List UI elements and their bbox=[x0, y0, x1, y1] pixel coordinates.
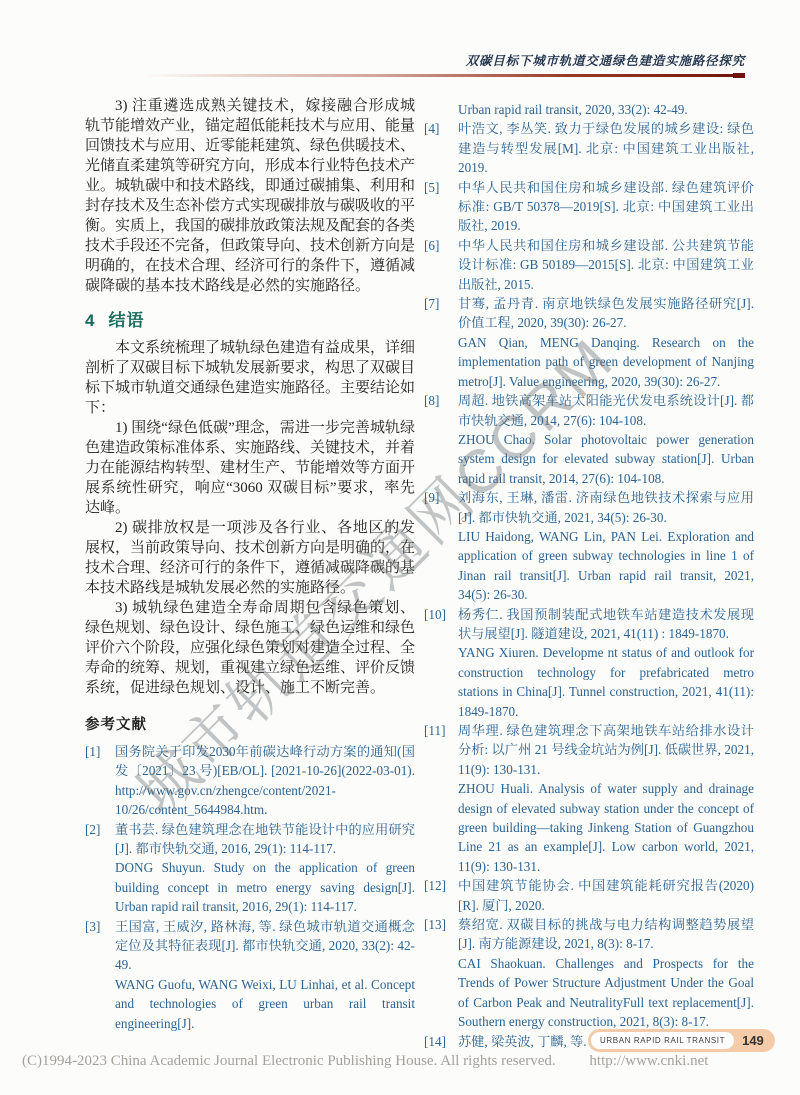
reference-text-zh: 蔡绍宽. 双碳目标的挑战与电力结构调整趋势展望[J]. 南方能源建设, 2021… bbox=[458, 915, 754, 954]
reference-text-en: WANG Guofu, WANG Weixi, LU Linhai, et al… bbox=[115, 975, 415, 1033]
reference-number: [14] bbox=[424, 1032, 446, 1051]
section-number: 4 bbox=[85, 311, 94, 330]
reference-text-en: GAN Qian, MENG Danqing. Research on the … bbox=[458, 333, 754, 391]
reference-text-zh: 周华理. 绿色建筑理念下高架地铁车站给排水设计分析: 以广州 21 号线金坑站为… bbox=[458, 721, 754, 779]
reference-text-en: ZHOU Huali. Analysis of water supply and… bbox=[458, 779, 754, 876]
reference-item: [10] 杨秀仁. 我国预制装配式地铁车站建造技术发展现状与展望[J]. 隧道建… bbox=[424, 605, 754, 721]
footer-copyright: (C)1994-2023 China Academic Journal Elec… bbox=[22, 1053, 708, 1070]
reference-number: [2] bbox=[85, 820, 100, 839]
reference-list-right: Urban rapid rail transit, 2020, 33(2): 4… bbox=[424, 100, 754, 1051]
badge-page-number: 149 bbox=[742, 1033, 764, 1048]
left-column: 3) 注重遴选成熟关键技术，嫁接融合形成城轨节能增效产业，锚定超低能耗技术与应用… bbox=[85, 96, 415, 1033]
reference-item: [6] 中华人民共和国住房和城乡建设部. 公共建筑节能设计标准: GB 5018… bbox=[424, 236, 754, 294]
reference-text-zh: 刘海东, 王琳, 潘雷. 济南绿色地铁技术探索与应用[J]. 都市快轨交通, 2… bbox=[458, 488, 754, 527]
right-column: Urban rapid rail transit, 2020, 33(2): 4… bbox=[424, 100, 754, 1051]
footer-url: http://www.cnki.net bbox=[589, 1053, 708, 1069]
reference-list-left: [1] 国务院关于印发2030年前碳达峰行动方案的通知(国发〔2021〕23 号… bbox=[85, 742, 415, 1033]
header-running-title: 双碳目标下城市轨道交通绿色建造实施路径探究 bbox=[466, 51, 745, 69]
reference-text-zh: 甘骞, 孟丹青. 南京地铁绿色发展实施路径研究[J]. 价值工程, 2020, … bbox=[458, 294, 754, 333]
reference-number: [3] bbox=[85, 917, 100, 936]
reference-text-zh: 中华人民共和国住房和城乡建设部. 绿色建筑评价标准: GB/T 50378—20… bbox=[458, 178, 754, 236]
reference-item: [3] 王国富, 王威汐, 路林海, 等. 绿色城市轨道交通概念定位及其特征表现… bbox=[85, 917, 415, 1033]
reference-item: [13] 蔡绍宽. 双碳目标的挑战与电力结构调整趋势展望[J]. 南方能源建设,… bbox=[424, 915, 754, 1031]
section-heading: 4结语 bbox=[85, 306, 415, 331]
reference-number: [9] bbox=[424, 488, 439, 507]
reference-item: [2] 董书芸. 绿色建筑理念在地铁节能设计中的应用研究[J]. 都市快轨交通,… bbox=[85, 820, 415, 917]
conclusion-paragraph: 本文系统梳理了城轨绿色建造有益成果，详细剖析了双碳目标下城轨发展新要求，构思了双… bbox=[85, 338, 415, 418]
reference-number: [6] bbox=[424, 236, 439, 255]
reference-item: [7] 甘骞, 孟丹青. 南京地铁绿色发展实施路径研究[J]. 价值工程, 20… bbox=[424, 294, 754, 391]
reference-text-zh: 中华人民共和国住房和城乡建设部. 公共建筑节能设计标准: GB 50189—20… bbox=[458, 236, 754, 294]
reference-text-zh: 周超. 地铁高架车站太阳能光伏发电系统设计[J]. 都市快轨交通, 2014, … bbox=[458, 391, 754, 430]
section-title: 结语 bbox=[108, 311, 144, 330]
reference-text-zh: 国务院关于印发2030年前碳达峰行动方案的通知(国发〔2021〕23 号)[EB… bbox=[115, 742, 415, 820]
reference-item: Urban rapid rail transit, 2020, 33(2): 4… bbox=[424, 100, 754, 119]
reference-item: [1] 国务院关于印发2030年前碳达峰行动方案的通知(国发〔2021〕23 号… bbox=[85, 742, 415, 820]
conclusion-paragraph: 2) 碳排放权是一项涉及各行业、各地区的发展权，当前政策导向、技术创新方向是明确… bbox=[85, 518, 415, 598]
reference-text-en: LIU Haidong, WANG Lin, PAN Lei. Explorat… bbox=[458, 527, 754, 605]
reference-number: [7] bbox=[424, 294, 439, 313]
reference-number: [1] bbox=[85, 742, 100, 761]
reference-text-en: ZHOU Chao. Solar photovoltaic power gene… bbox=[458, 430, 754, 488]
footer-copyright-text: (C)1994-2023 China Academic Journal Elec… bbox=[22, 1053, 556, 1069]
reference-number: [12] bbox=[424, 876, 446, 895]
badge-label: URBAN RAPID RAIL TRANSIT bbox=[591, 1032, 734, 1049]
body-paragraph: 3) 注重遴选成熟关键技术，嫁接融合形成城轨节能增效产业，锚定超低能耗技术与应用… bbox=[85, 96, 415, 296]
reference-text-zh: 董书芸. 绿色建筑理念在地铁节能设计中的应用研究[J]. 都市快轨交通, 201… bbox=[115, 820, 415, 859]
reference-number: [5] bbox=[424, 178, 439, 197]
reference-text-en: DONG Shuyun. Study on the application of… bbox=[115, 858, 415, 916]
reference-text-en: Urban rapid rail transit, 2020, 33(2): 4… bbox=[458, 100, 754, 119]
reference-text-zh: 杨秀仁. 我国预制装配式地铁车站建造技术发展现状与展望[J]. 隧道建设, 20… bbox=[458, 605, 754, 644]
references-heading: 参考文献 bbox=[85, 713, 415, 734]
reference-item: [11] 周华理. 绿色建筑理念下高架地铁车站给排水设计分析: 以广州 21 号… bbox=[424, 721, 754, 876]
reference-number: [10] bbox=[424, 605, 446, 624]
reference-number: [13] bbox=[424, 915, 446, 934]
header-rule bbox=[145, 74, 745, 77]
conclusion-paragraphs: 本文系统梳理了城轨绿色建造有益成果，详细剖析了双碳目标下城轨发展新要求，构思了双… bbox=[85, 338, 415, 698]
reference-text-zh: 王国富, 王威汐, 路林海, 等. 绿色城市轨道交通概念定位及其特征表现[J].… bbox=[115, 917, 415, 975]
reference-item: [5] 中华人民共和国住房和城乡建设部. 绿色建筑评价标准: GB/T 5037… bbox=[424, 178, 754, 236]
reference-item: [4] 叶浩文, 李丛笑. 致力于绿色发展的城乡建设: 绿色建造与转型发展[M]… bbox=[424, 119, 754, 177]
conclusion-paragraph: 3) 城轨绿色建造全寿命周期包含绿色策划、绿色规划、绿色设计、绿色施工、绿色运维… bbox=[85, 598, 415, 698]
journal-badge: URBAN RAPID RAIL TRANSIT 149 bbox=[588, 1029, 775, 1052]
reference-text-en: CAI Shaokuan. Challenges and Prospects f… bbox=[458, 954, 754, 1032]
page: 双碳目标下城市轨道交通绿色建造实施路径探究 3) 注重遴选成熟关键技术，嫁接融合… bbox=[0, 0, 800, 1095]
reference-item: [9] 刘海东, 王琳, 潘雷. 济南绿色地铁技术探索与应用[J]. 都市快轨交… bbox=[424, 488, 754, 604]
reference-text-zh: 中国建筑节能协会. 中国建筑能耗研究报告(2020)[R]. 厦门, 2020. bbox=[458, 876, 754, 915]
reference-text-zh: 叶浩文, 李丛笑. 致力于绿色发展的城乡建设: 绿色建造与转型发展[M]. 北京… bbox=[458, 119, 754, 177]
reference-item: [8] 周超. 地铁高架车站太阳能光伏发电系统设计[J]. 都市快轨交通, 20… bbox=[424, 391, 754, 488]
reference-text-en: YANG Xiuren. Developme nt status of and … bbox=[458, 643, 754, 721]
reference-item: [12] 中国建筑节能协会. 中国建筑能耗研究报告(2020)[R]. 厦门, … bbox=[424, 876, 754, 915]
reference-number: [11] bbox=[424, 721, 445, 740]
conclusion-paragraph: 1) 围绕“绿色低碳”理念，需进一步完善城轨绿色建造政策标准体系、实施路线、关键… bbox=[85, 418, 415, 518]
reference-number: [4] bbox=[424, 119, 439, 138]
reference-number: [8] bbox=[424, 391, 439, 410]
